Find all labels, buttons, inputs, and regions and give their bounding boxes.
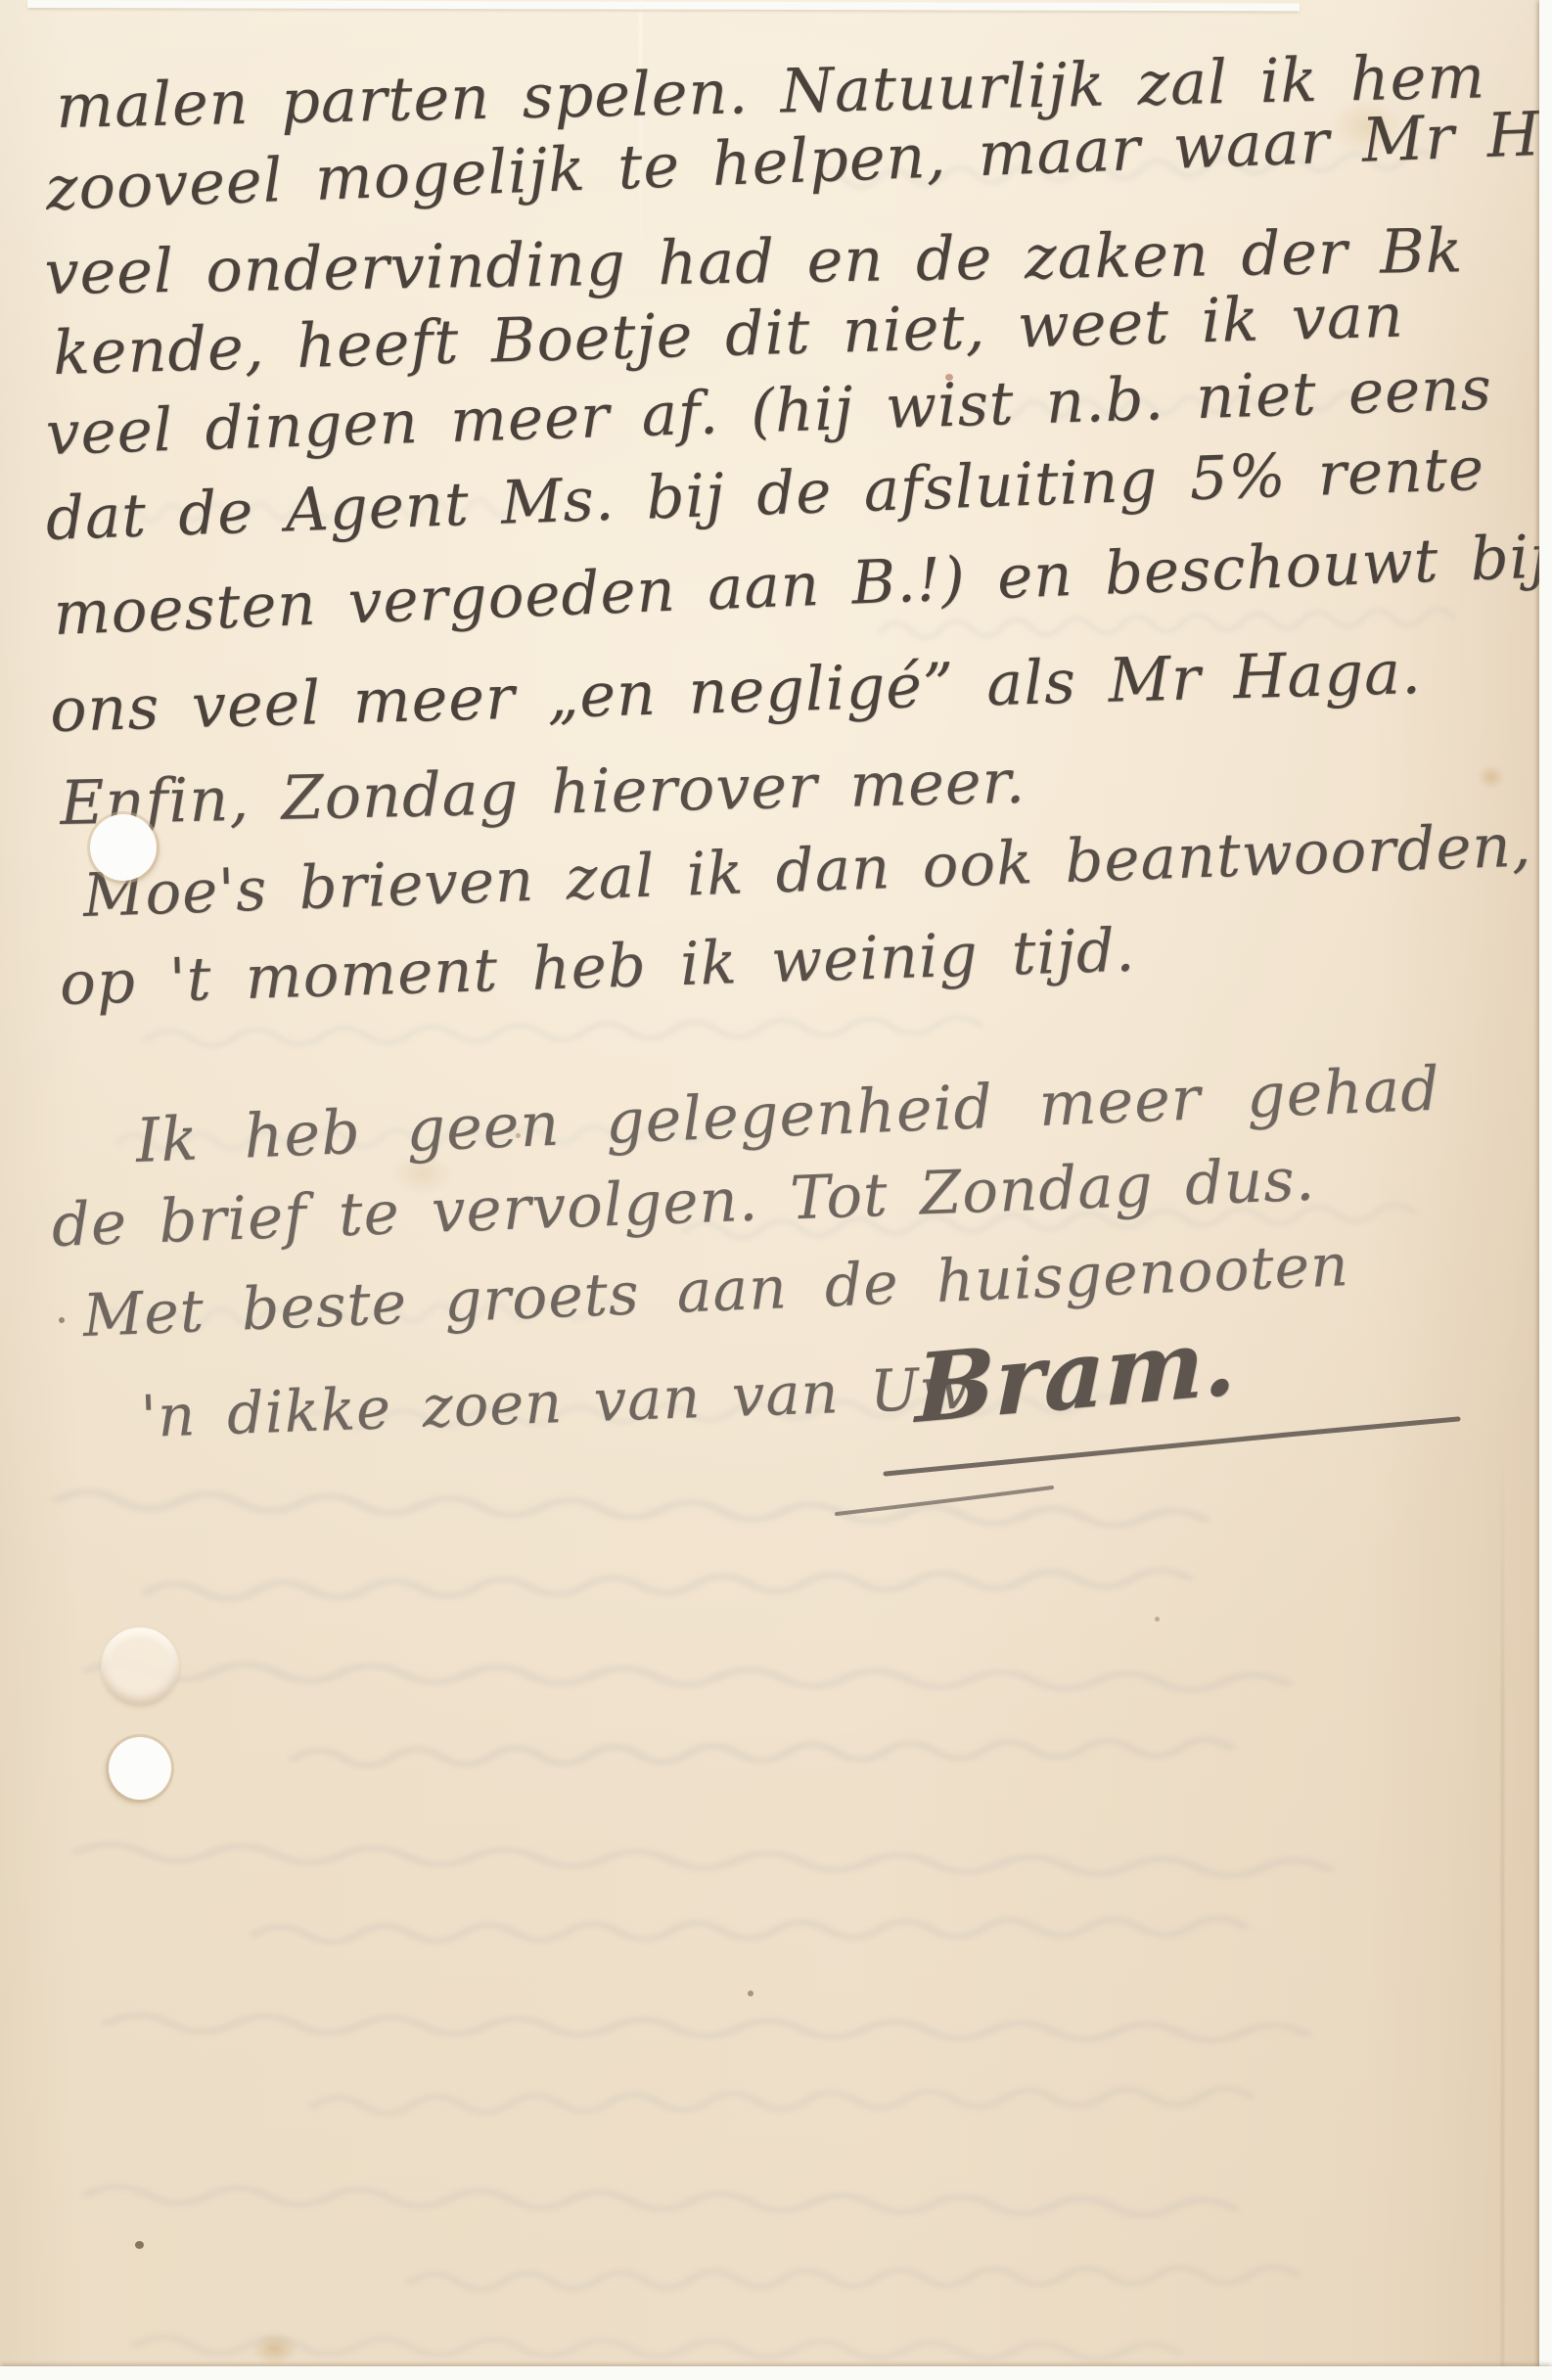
signature-underline-flourish	[0, 0, 1552, 2380]
scan-edge-right	[1539, 0, 1552, 2380]
hole-punch-top	[90, 814, 157, 881]
hole-punch-bottom	[109, 1737, 171, 1800]
scan-edge-bottom	[0, 2366, 1552, 2380]
letter-page: malen parten spelen. Natuurlijk zal ik h…	[0, 0, 1552, 2380]
embossed-punch-mark	[101, 1627, 179, 1706]
